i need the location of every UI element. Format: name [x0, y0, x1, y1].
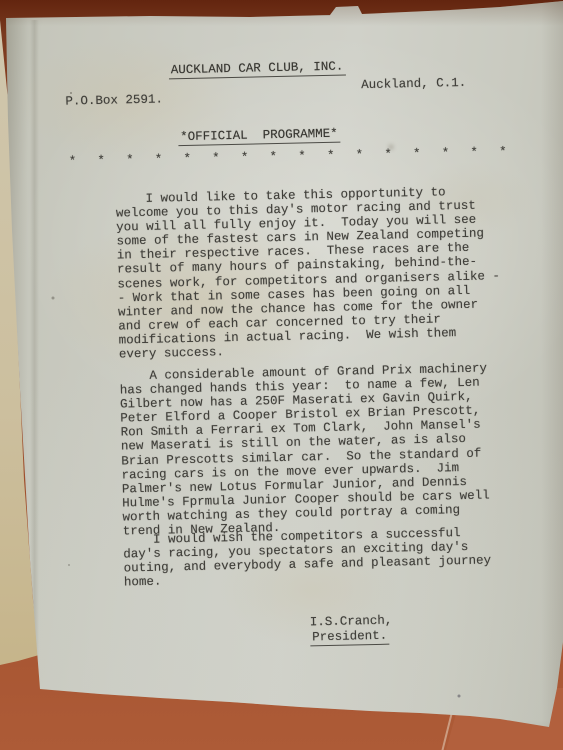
paragraph-farewell: I would wish the competitors a successfu… [123, 525, 492, 589]
paragraph-welcome: I would like to take this opportunity to… [115, 184, 501, 361]
address-pobox: P.O.Box 2591. [65, 92, 163, 108]
programme-title-text: *OFFICIAL PROGRAMME* [178, 127, 340, 147]
photo-scene: AUCKLAND CAR CLUB, INC. Auckland, C.1. P… [0, 0, 563, 750]
typed-content: AUCKLAND CAR CLUB, INC. Auckland, C.1. P… [0, 0, 563, 750]
club-name-heading: AUCKLAND CAR CLUB, INC. [169, 59, 346, 79]
paragraph-machinery: A considerable amount of Grand Prix mach… [119, 361, 490, 538]
signature-block: I.S.Cranch, President. [310, 614, 393, 648]
club-name-text: AUCKLAND CAR CLUB, INC. [169, 59, 346, 79]
asterisk-divider: * * * * * * * * * * * * * * * * [69, 145, 507, 169]
programme-page: AUCKLAND CAR CLUB, INC. Auckland, C.1. P… [0, 0, 563, 750]
signature-title-text: President. [310, 629, 389, 647]
address-city: Auckland, C.1. [361, 76, 466, 92]
signature-name: I.S.Cranch, [310, 614, 393, 630]
programme-title: *OFFICIAL PROGRAMME* [178, 127, 340, 147]
signature-title: President. [310, 629, 393, 647]
